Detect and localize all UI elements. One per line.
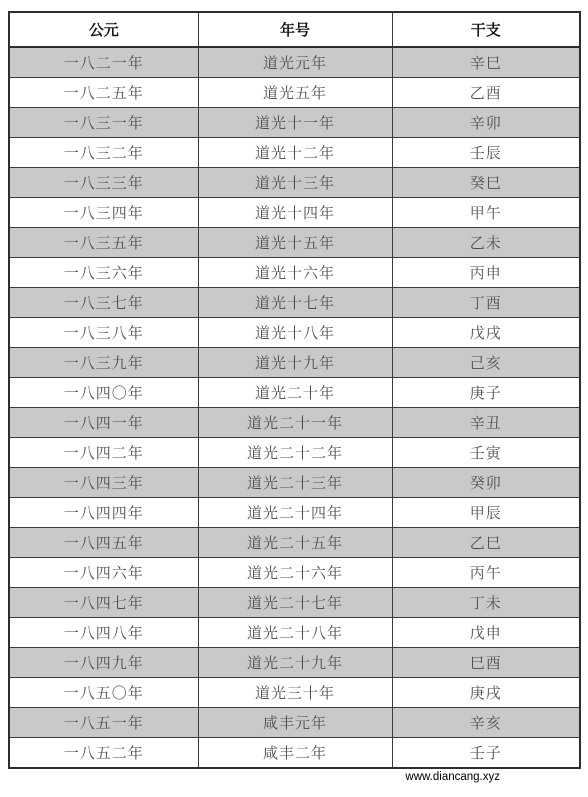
ganzhi-cell: 癸巳 xyxy=(392,168,580,198)
watermark-url: www.diancang.xyz xyxy=(0,771,500,783)
ganzhi-cell: 丁未 xyxy=(392,588,580,618)
gongyuan-cell: 一八四六年 xyxy=(9,558,198,588)
ganzhi-cell: 乙未 xyxy=(392,228,580,258)
gongyuan-cell: 一八三一年 xyxy=(9,108,198,138)
gongyuan-cell: 一八三九年 xyxy=(9,348,198,378)
ganzhi-cell: 丙午 xyxy=(392,558,580,588)
nianhao-cell: 道光二十一年 xyxy=(198,408,392,438)
table-row: 一八四七年 道光二十七年 丁未 xyxy=(9,588,580,618)
header-nianhao: 年号 xyxy=(198,12,392,47)
nianhao-cell: 道光三十年 xyxy=(198,678,392,708)
nianhao-cell: 道光二十四年 xyxy=(198,498,392,528)
table-row: 一八三四年 道光十四年 甲午 xyxy=(9,198,580,228)
gongyuan-cell: 一八三七年 xyxy=(9,288,198,318)
nianhao-cell: 道光五年 xyxy=(198,78,392,108)
table-row: 一八四四年 道光二十四年 甲辰 xyxy=(9,498,580,528)
gongyuan-cell: 一八四〇年 xyxy=(9,378,198,408)
gongyuan-cell: 一八二五年 xyxy=(9,78,198,108)
ganzhi-cell: 庚子 xyxy=(392,378,580,408)
gongyuan-cell: 一八四八年 xyxy=(9,618,198,648)
nianhao-cell: 道光二十二年 xyxy=(198,438,392,468)
table-row: 一八二五年 道光五年 乙酉 xyxy=(9,78,580,108)
ganzhi-cell: 丙申 xyxy=(392,258,580,288)
gongyuan-cell: 一八五一年 xyxy=(9,708,198,738)
header-ganzhi: 干支 xyxy=(392,12,580,47)
nianhao-cell: 道光二十三年 xyxy=(198,468,392,498)
header-row: 公元 年号 干支 xyxy=(9,12,580,47)
ganzhi-cell: 壬辰 xyxy=(392,138,580,168)
ganzhi-cell: 辛巳 xyxy=(392,47,580,78)
ganzhi-cell: 甲辰 xyxy=(392,498,580,528)
ganzhi-cell: 辛亥 xyxy=(392,708,580,738)
gongyuan-cell: 一八四九年 xyxy=(9,648,198,678)
ganzhi-cell: 戊戌 xyxy=(392,318,580,348)
ganzhi-cell: 乙巳 xyxy=(392,528,580,558)
table-row: 一八三六年 道光十六年 丙申 xyxy=(9,258,580,288)
gongyuan-cell: 一八四二年 xyxy=(9,438,198,468)
nianhao-cell: 道光二十八年 xyxy=(198,618,392,648)
gongyuan-cell: 一八三八年 xyxy=(9,318,198,348)
gongyuan-cell: 一八四七年 xyxy=(9,588,198,618)
table-row: 一八四一年 道光二十一年 辛丑 xyxy=(9,408,580,438)
table-row: 一八三二年 道光十二年 壬辰 xyxy=(9,138,580,168)
table-row: 一八三七年 道光十七年 丁酉 xyxy=(9,288,580,318)
table-row: 一八三三年 道光十三年 癸巳 xyxy=(9,168,580,198)
nianhao-cell: 道光十二年 xyxy=(198,138,392,168)
ganzhi-cell: 甲午 xyxy=(392,198,580,228)
nianhao-cell: 道光二十七年 xyxy=(198,588,392,618)
gongyuan-cell: 一八三二年 xyxy=(9,138,198,168)
nianhao-cell: 道光二十年 xyxy=(198,378,392,408)
gongyuan-cell: 一八五〇年 xyxy=(9,678,198,708)
table-row: 一八四九年 道光二十九年 巳酉 xyxy=(9,648,580,678)
nianhao-cell: 道光十九年 xyxy=(198,348,392,378)
ganzhi-cell: 辛卯 xyxy=(392,108,580,138)
nianhao-cell: 咸丰元年 xyxy=(198,708,392,738)
nianhao-cell: 道光十八年 xyxy=(198,318,392,348)
nianhao-cell: 道光二十六年 xyxy=(198,558,392,588)
table-row: 一八三九年 道光十九年 己亥 xyxy=(9,348,580,378)
header-gongyuan: 公元 xyxy=(9,12,198,47)
gongyuan-cell: 一八四四年 xyxy=(9,498,198,528)
table-row: 一八五〇年 道光三十年 庚戌 xyxy=(9,678,580,708)
table-row: 一八四三年 道光二十三年 癸卯 xyxy=(9,468,580,498)
ganzhi-cell: 癸卯 xyxy=(392,468,580,498)
gongyuan-cell: 一八二一年 xyxy=(9,47,198,78)
table-row: 一八三八年 道光十八年 戊戌 xyxy=(9,318,580,348)
page: 公元 年号 干支 一八二一年 道光元年 辛巳 一八二五年 道光五年 乙酉 一八三… xyxy=(0,0,588,797)
ganzhi-cell: 庚戌 xyxy=(392,678,580,708)
table-row: 一八四五年 道光二十五年 乙巳 xyxy=(9,528,580,558)
table-row: 一八五二年 咸丰二年 壬子 xyxy=(9,738,580,769)
nianhao-cell: 道光十六年 xyxy=(198,258,392,288)
gongyuan-cell: 一八三五年 xyxy=(9,228,198,258)
nianhao-cell: 道光二十九年 xyxy=(198,648,392,678)
nianhao-cell: 道光元年 xyxy=(198,47,392,78)
table-row: 一八四二年 道光二十二年 壬寅 xyxy=(9,438,580,468)
table-row: 一八三五年 道光十五年 乙未 xyxy=(9,228,580,258)
ganzhi-cell: 壬子 xyxy=(392,738,580,769)
era-chronology-table: 公元 年号 干支 一八二一年 道光元年 辛巳 一八二五年 道光五年 乙酉 一八三… xyxy=(8,11,581,769)
ganzhi-cell: 巳酉 xyxy=(392,648,580,678)
table-row: 一八二一年 道光元年 辛巳 xyxy=(9,47,580,78)
gongyuan-cell: 一八五二年 xyxy=(9,738,198,769)
gongyuan-cell: 一八四五年 xyxy=(9,528,198,558)
ganzhi-cell: 乙酉 xyxy=(392,78,580,108)
gongyuan-cell: 一八三六年 xyxy=(9,258,198,288)
gongyuan-cell: 一八三四年 xyxy=(9,198,198,228)
table-row: 一八四八年 道光二十八年 戊申 xyxy=(9,618,580,648)
table-row: 一八五一年 咸丰元年 辛亥 xyxy=(9,708,580,738)
table-row: 一八四六年 道光二十六年 丙午 xyxy=(9,558,580,588)
nianhao-cell: 道光十一年 xyxy=(198,108,392,138)
ganzhi-cell: 辛丑 xyxy=(392,408,580,438)
nianhao-cell: 道光十七年 xyxy=(198,288,392,318)
nianhao-cell: 道光十四年 xyxy=(198,198,392,228)
nianhao-cell: 道光二十五年 xyxy=(198,528,392,558)
ganzhi-cell: 壬寅 xyxy=(392,438,580,468)
gongyuan-cell: 一八四一年 xyxy=(9,408,198,438)
ganzhi-cell: 己亥 xyxy=(392,348,580,378)
nianhao-cell: 咸丰二年 xyxy=(198,738,392,769)
nianhao-cell: 道光十三年 xyxy=(198,168,392,198)
table-row: 一八四〇年 道光二十年 庚子 xyxy=(9,378,580,408)
table-row: 一八三一年 道光十一年 辛卯 xyxy=(9,108,580,138)
nianhao-cell: 道光十五年 xyxy=(198,228,392,258)
ganzhi-cell: 戊申 xyxy=(392,618,580,648)
gongyuan-cell: 一八四三年 xyxy=(9,468,198,498)
ganzhi-cell: 丁酉 xyxy=(392,288,580,318)
gongyuan-cell: 一八三三年 xyxy=(9,168,198,198)
